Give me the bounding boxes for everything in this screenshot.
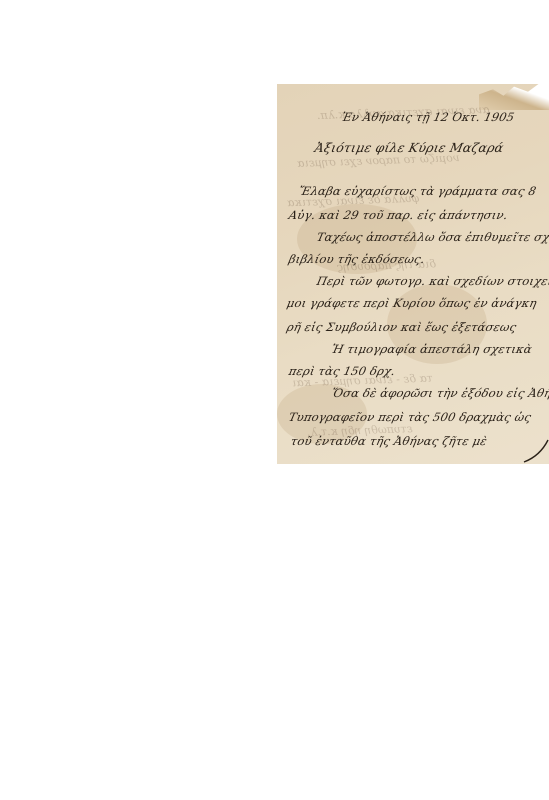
- letter-line: Ἡ τιμογραφία ἀπεστάλη σχετικὰ: [331, 342, 534, 356]
- letter-line: Αὐγ. καὶ 29 τοῦ παρ. εἰς ἀπάντησιν.: [288, 208, 510, 222]
- letter-line: Τυπογραφεῖον περὶ τὰς 500 δραχμὰς ὡς: [288, 410, 533, 424]
- letter-line: ρῆ εἰς Συμβούλιον καὶ ἕως ἐξετάσεως: [286, 320, 518, 334]
- letter-line: Ἔλαβα εὐχαρίστως τὰ γράμματα σας 8: [298, 184, 538, 198]
- letter-line: Ὅσα δὲ ἀφορῶσι τὴν ἐξόδου εἰς Ἀθήν.: [331, 386, 549, 400]
- letter-line: βιβλίου τῆς ἐκδόσεως.: [288, 252, 427, 266]
- letter-date: Ἐν Ἀθήναις τῇ 12 Ὀκτ. 1905: [341, 110, 516, 124]
- letter-line: περὶ τὰς 150 δρχ.: [288, 364, 397, 378]
- letter-line: μοι γράφετε περὶ Κυρίου ὅπως ἐν ἀνάγκη: [286, 296, 539, 310]
- letter-line: Περὶ τῶν φωτογρ. καὶ σχεδίων στοιχεῖα: [316, 274, 549, 288]
- letter-line: τοῦ ἐνταῦθα τῆς Ἀθήνας ζῆτε μὲ: [290, 434, 489, 448]
- letter-salutation: Ἀξιότιμε φίλε Κύριε Μαζαρά: [313, 140, 505, 155]
- pen-flourish-icon: [522, 436, 549, 464]
- letter-line: Ταχέως ἀποστέλλω ὅσα ἐπιθυμεῖτε σχετικά …: [316, 230, 549, 244]
- letter-page: ανα ειναι σχετικα φυλλο κ.λπ. νομιζω το …: [277, 84, 549, 464]
